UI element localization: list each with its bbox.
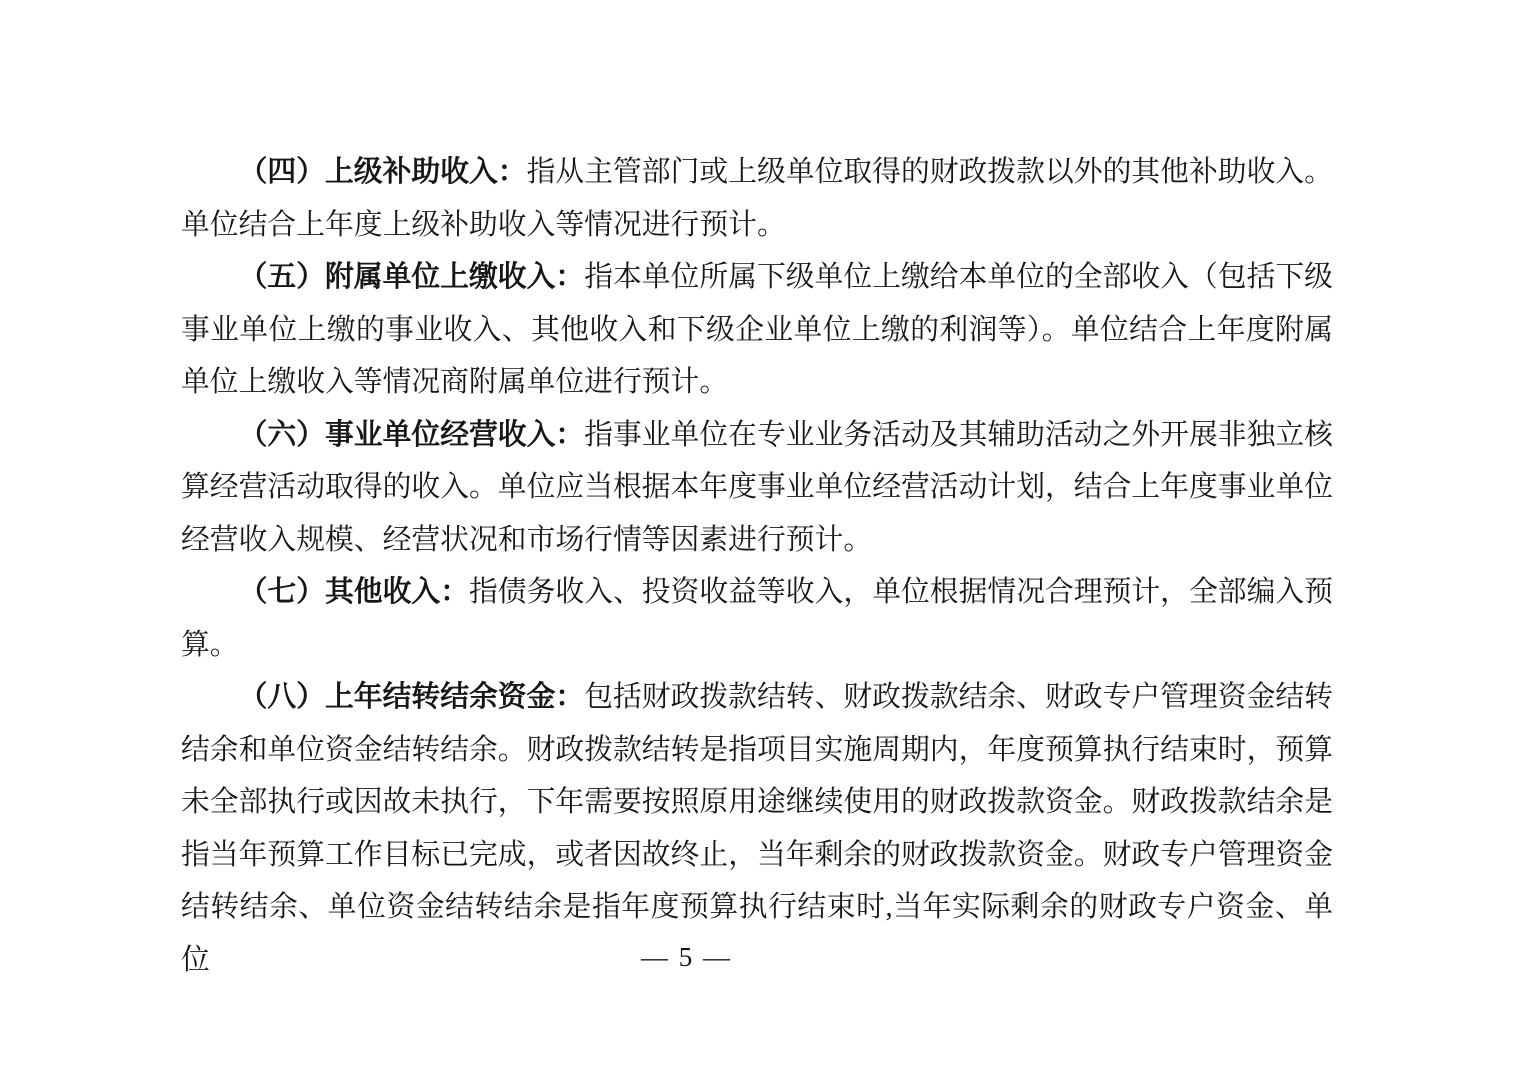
paragraph-section-4: （四）上级补助收入：指从主管部门或上级单位取得的财政拨款以外的其他补助收入。单位… xyxy=(181,146,1333,251)
paragraph-section-6: （六）事业单位经营收入：指事业单位在专业业务活动及其辅助活动之外开展非独立核算经… xyxy=(181,409,1333,567)
paragraph-heading: （五）附属单位上缴收入： xyxy=(239,261,585,293)
paragraph-text: 包括财政拨款结转、财政拨款结余、财政专户管理资金结转结余和单位资金结转结余。财政… xyxy=(181,681,1333,976)
paragraph-section-8: （八）上年结转结余资金：包括财政拨款结转、财政拨款结余、财政专户管理资金结转结余… xyxy=(181,671,1333,986)
paragraph-heading: （六）事业单位经营收入： xyxy=(239,419,585,451)
document-body: （四）上级补助收入：指从主管部门或上级单位取得的财政拨款以外的其他补助收入。单位… xyxy=(181,146,1333,986)
document-page: （四）上级补助收入：指从主管部门或上级单位取得的财政拨款以外的其他补助收入。单位… xyxy=(0,0,1520,1074)
paragraph-section-7: （七）其他收入：指债务收入、投资收益等收入，单位根据情况合理预计，全部编入预算。 xyxy=(181,566,1333,671)
paragraph-heading: （四）上级补助收入： xyxy=(239,156,527,188)
paragraph-heading: （八）上年结转结余资金： xyxy=(239,681,585,713)
paragraph-heading: （七）其他收入： xyxy=(239,576,469,608)
paragraph-section-5: （五）附属单位上缴收入：指本单位所属下级单位上缴给本单位的全部收入（包括下级事业… xyxy=(181,251,1333,409)
page-number: — 5 — xyxy=(641,941,881,973)
